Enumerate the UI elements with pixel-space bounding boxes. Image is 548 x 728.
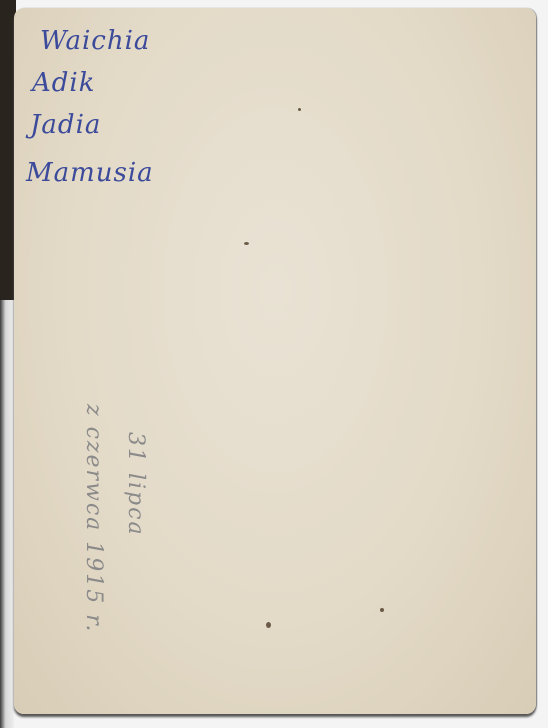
speck (266, 622, 271, 628)
handwritten-name: Mamusia (26, 158, 154, 188)
scan-edge (0, 300, 14, 728)
speck (298, 108, 301, 111)
handwritten-name: Adik (32, 68, 96, 98)
handwritten-name: Waichia (40, 26, 150, 56)
speck (380, 608, 384, 612)
handwritten-name: Jadia (30, 110, 101, 140)
pencil-date-line: z czerwca 1915 r. (81, 404, 106, 633)
speck (244, 242, 249, 245)
pencil-date-line: 31 lipca (123, 432, 148, 537)
